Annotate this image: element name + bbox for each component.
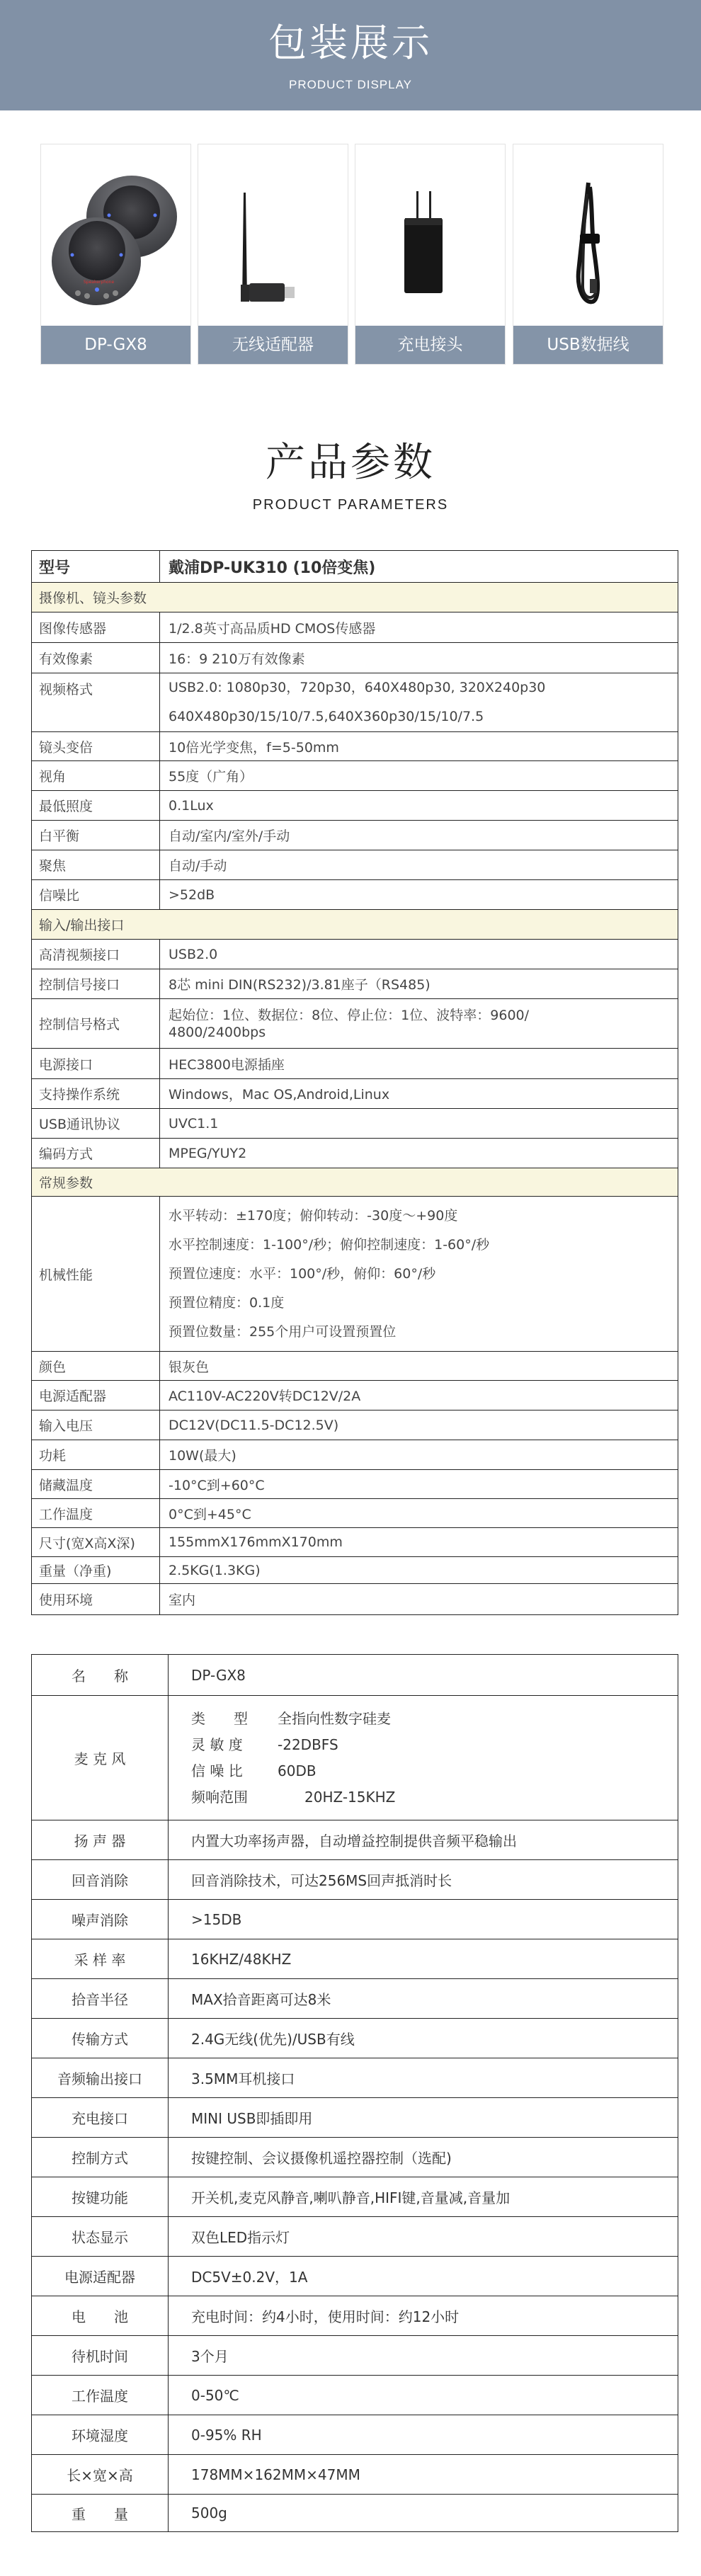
spec-value: UVC1.1 <box>160 1109 678 1139</box>
table-row: 储藏温度-10°C到+60°C <box>32 1470 678 1499</box>
package-item-label: DP-GX8 <box>41 326 190 364</box>
spec-value: 自动/手动 <box>160 850 678 880</box>
group-header: 常规参数 <box>32 1168 678 1197</box>
spec-key: 储藏温度 <box>32 1470 160 1499</box>
spec-value: 戴浦DP-UK310 (10倍变焦) <box>160 551 678 583</box>
spec-key: 支持操作系统 <box>32 1079 160 1109</box>
spec-key: 视角 <box>32 761 160 791</box>
spec-key: 控制信号接口 <box>32 969 160 999</box>
table-row: 拾音半径MAX拾音距离可达8米 <box>32 1979 678 2019</box>
table-row: 扬 声 器内置大功率扬声器，自动增益控制提供音频平稳输出 <box>32 1820 678 1860</box>
usb-cable-image <box>513 144 663 327</box>
spec-value: -10°C到+60°C <box>160 1470 678 1499</box>
spec-value: 16：9 210万有效像素 <box>160 643 678 673</box>
spec-key: 重 量 <box>32 2495 169 2532</box>
mic-spec-list: 类 型全指向性数字硅麦 灵 敏 度-22DBFS 信 噪 比60DB 频响范围2… <box>169 1696 678 1820</box>
spec-key: 信噪比 <box>32 880 160 910</box>
spec-value: 回音消除技术，可达256MS回声抵消时长 <box>169 1860 678 1900</box>
spec-value: 水平转动：±170度；俯仰转动：-30度～+90度 水平控制速度：1-100°/… <box>160 1197 678 1352</box>
table-row: 尺寸(宽X高X深)155mmX176mmX170mm <box>32 1528 678 1557</box>
spec-value: 0-95% RH <box>169 2415 678 2455</box>
table-row: 控制方式按键控制、会议摄像机遥控器控制（选配) <box>32 2138 678 2177</box>
spec-key: 尺寸(宽X高X深) <box>32 1528 160 1557</box>
table-row: 有效像素16：9 210万有效像素 <box>32 643 678 673</box>
mic-spec-line: 频响范围20HZ-15KHZ <box>191 1784 678 1811</box>
table-row: 视频格式USB2.0: 1080p30，720p30，640X480p30, 3… <box>32 673 678 732</box>
spec-key: 麦 克 风 <box>32 1696 169 1820</box>
spec-value: USB2.0 <box>160 940 678 969</box>
table-row: 电 池充电时间：约4小时，使用时间：约12小时 <box>32 2296 678 2336</box>
spec-value: 500g <box>169 2495 678 2532</box>
speakerphone-image: Speakerphone <box>41 144 190 327</box>
table-row: 镜头变倍10倍光学变焦，f=5-50mm <box>32 732 678 761</box>
spec-key: 高清视频接口 <box>32 940 160 969</box>
spec-key: 最低照度 <box>32 791 160 821</box>
spec-value: 按键控制、会议摄像机遥控器控制（选配) <box>169 2138 678 2177</box>
table-row: 使用环境室内 <box>32 1584 678 1615</box>
spec-value: 0-50℃ <box>169 2376 678 2415</box>
table-row: 高清视频接口USB2.0 <box>32 940 678 969</box>
spec-key: 工作温度 <box>32 1499 160 1528</box>
package-item-wireless-adapter: 无线适配器 <box>198 144 348 365</box>
table-row: 最低照度0.1Lux <box>32 791 678 821</box>
package-item-label: 无线适配器 <box>198 326 348 364</box>
mic-spec-line: 灵 敏 度-22DBFS <box>191 1732 678 1758</box>
spec-key: 重量（净重) <box>32 1557 160 1584</box>
table-row: 工作温度0°C到+45°C <box>32 1499 678 1528</box>
spec-key: 拾音半径 <box>32 1979 169 2019</box>
spec-value: MAX拾音距离可达8米 <box>169 1979 678 2019</box>
table-row: USB通讯协议UVC1.1 <box>32 1109 678 1139</box>
spec-value: MPEG/YUY2 <box>160 1139 678 1168</box>
mic-spec-line: 信 噪 比60DB <box>191 1758 678 1784</box>
table-row: 采 样 率16KHZ/48KHZ <box>32 1939 678 1979</box>
spec-key: 控制方式 <box>32 2138 169 2177</box>
spec-value: 3.5MM耳机接口 <box>169 2058 678 2098</box>
spec-key: 型号 <box>32 551 160 583</box>
mic-spec-line: 类 型全指向性数字硅麦 <box>191 1706 678 1732</box>
spec-key: 按键功能 <box>32 2177 169 2217</box>
spec-key: 长×宽×高 <box>32 2455 169 2495</box>
spec-value: >15DB <box>169 1900 678 1939</box>
table-row: 控制信号接口8芯 mini DIN(RS232)/3.81座子（RS485) <box>32 969 678 999</box>
spec-value: 178MM×162MM×47MM <box>169 2455 678 2495</box>
spec-key: 聚焦 <box>32 850 160 880</box>
params-title: 产品参数 <box>0 443 701 483</box>
group-name: 输入/输出接口 <box>32 910 678 940</box>
spec-value: 155mmX176mmX170mm <box>160 1528 678 1557</box>
spec-value: 1/2.8英寸高品质HD CMOS传感器 <box>160 612 678 643</box>
spec-key: 镜头变倍 <box>32 732 160 761</box>
table-row: 音频输出接口3.5MM耳机接口 <box>32 2058 678 2098</box>
package-item-label: USB数据线 <box>513 326 663 364</box>
spec-value: 10W(最大) <box>160 1440 678 1470</box>
spec-value: 2.5KG(1.3KG) <box>160 1557 678 1584</box>
spec-value: DC5V±0.2V，1A <box>169 2257 678 2296</box>
spec-value: 室内 <box>160 1584 678 1615</box>
spec-key: 噪声消除 <box>32 1900 169 1939</box>
wireless-adapter-image <box>198 144 348 327</box>
spec-value: 0°C到+45°C <box>160 1499 678 1528</box>
spec-key: 待机时间 <box>32 2336 169 2376</box>
table-row: 白平衡自动/室内/室外/手动 <box>32 821 678 850</box>
spec-value: 16KHZ/48KHZ <box>169 1939 678 1979</box>
spec-key: 白平衡 <box>32 821 160 850</box>
table-row: 重量（净重)2.5KG(1.3KG) <box>32 1557 678 1584</box>
spec-key: 功耗 <box>32 1440 160 1470</box>
spec-key: 使用环境 <box>32 1584 160 1615</box>
spec-key: 控制信号格式 <box>32 999 160 1049</box>
table-row: 图像传感器1/2.8英寸高品质HD CMOS传感器 <box>32 612 678 643</box>
table-row: 机械性能 水平转动：±170度；俯仰转动：-30度～+90度 水平控制速度：1-… <box>32 1197 678 1352</box>
table-row: 工作温度0-50℃ <box>32 2376 678 2415</box>
table-row-name: 名 称 DP-GX8 <box>32 1655 678 1696</box>
spec-value: DP-GX8 <box>169 1655 678 1696</box>
spec-value: 2.4G无线(优先)/USB有线 <box>169 2019 678 2058</box>
group-name: 常规参数 <box>32 1168 678 1197</box>
table-row: 控制信号格式起始位：1位、数据位：8位、停止位：1位、波特率：9600/4800… <box>32 999 678 1049</box>
table-row: 重 量500g <box>32 2495 678 2532</box>
spec-key: 音频输出接口 <box>32 2058 169 2098</box>
spec-value: 银灰色 <box>160 1352 678 1381</box>
spec-key: 有效像素 <box>32 643 160 673</box>
table-row-model: 型号 戴浦DP-UK310 (10倍变焦) <box>32 551 678 583</box>
params-subtitle: PRODUCT PARAMETERS <box>0 497 701 513</box>
spec-value: 开关机,麦克风静音,喇叭静音,HIFI键,音量减,音量加 <box>169 2177 678 2217</box>
svg-text:Speakerphone: Speakerphone <box>84 280 114 285</box>
camera-spec-table: 型号 戴浦DP-UK310 (10倍变焦) 摄像机、镜头参数 图像传感器1/2.… <box>31 550 678 1615</box>
package-item-speakerphone: Speakerphone DP-GX8 <box>40 144 191 365</box>
table-row: 噪声消除>15DB <box>32 1900 678 1939</box>
group-header: 摄像机、镜头参数 <box>32 583 678 612</box>
spec-key: 环境湿度 <box>32 2415 169 2455</box>
table-row: 环境湿度0-95% RH <box>32 2415 678 2455</box>
spec-value: Windows，Mac OS,Android,Linux <box>160 1079 678 1109</box>
speakerphone-spec-table: 名 称 DP-GX8 麦 克 风 类 型全指向性数字硅麦 灵 敏 度-22DBF… <box>31 1654 678 2532</box>
spec-value: USB2.0: 1080p30，720p30，640X480p30, 320X2… <box>160 673 678 732</box>
spec-value: 自动/室内/室外/手动 <box>160 821 678 850</box>
banner-title: 包装展示 <box>0 24 701 62</box>
table-row: 长×宽×高178MM×162MM×47MM <box>32 2455 678 2495</box>
spec-value: 10倍光学变焦，f=5-50mm <box>160 732 678 761</box>
spec-value: 充电时间：约4小时，使用时间：约12小时 <box>169 2296 678 2336</box>
group-name: 摄像机、镜头参数 <box>32 583 678 612</box>
spec-value: DC12V(DC11.5-DC12.5V) <box>160 1410 678 1440</box>
table-row: 传输方式2.4G无线(优先)/USB有线 <box>32 2019 678 2058</box>
product-parameters-heading: 产品参数 PRODUCT PARAMETERS <box>0 443 701 513</box>
spec-key: 视频格式 <box>32 673 160 732</box>
table-row: 聚焦自动/手动 <box>32 850 678 880</box>
spec-key: 输入电压 <box>32 1410 160 1440</box>
table-row: 电源接口HEC3800电源插座 <box>32 1049 678 1079</box>
spec-value: 0.1Lux <box>160 791 678 821</box>
table-row: 待机时间3个月 <box>32 2336 678 2376</box>
product-display-banner: 包装展示 PRODUCT DISPLAY <box>0 0 701 110</box>
table-row: 编码方式MPEG/YUY2 <box>32 1139 678 1168</box>
spec-key: 回音消除 <box>32 1860 169 1900</box>
table-row: 功耗10W(最大) <box>32 1440 678 1470</box>
table-row: 输入电压DC12V(DC11.5-DC12.5V) <box>32 1410 678 1440</box>
group-header: 输入/输出接口 <box>32 910 678 940</box>
spec-key: 充电接口 <box>32 2098 169 2138</box>
spec-value: AC110V-AC220V转DC12V/2A <box>160 1381 678 1410</box>
table-row: 按键功能开关机,麦克风静音,喇叭静音,HIFI键,音量减,音量加 <box>32 2177 678 2217</box>
spec-key: 工作温度 <box>32 2376 169 2415</box>
spec-key: 颜色 <box>32 1352 160 1381</box>
package-item-usb-cable: USB数据线 <box>513 144 663 365</box>
spec-value: 3个月 <box>169 2336 678 2376</box>
table-row: 电源适配器AC110V-AC220V转DC12V/2A <box>32 1381 678 1410</box>
spec-value: 内置大功率扬声器，自动增益控制提供音频平稳输出 <box>169 1820 678 1860</box>
spec-key: 采 样 率 <box>32 1939 169 1979</box>
spec-key: USB通讯协议 <box>32 1109 160 1139</box>
table-row: 信噪比>52dB <box>32 880 678 910</box>
table-row: 状态显示双色LED指示灯 <box>32 2217 678 2257</box>
spec-key: 电 池 <box>32 2296 169 2336</box>
spec-key: 电源适配器 <box>32 1381 160 1410</box>
spec-key: 图像传感器 <box>32 612 160 643</box>
spec-value: 8芯 mini DIN(RS232)/3.81座子（RS485) <box>160 969 678 999</box>
table-row-microphone: 麦 克 风 类 型全指向性数字硅麦 灵 敏 度-22DBFS 信 噪 比60DB… <box>32 1696 678 1820</box>
spec-key: 电源接口 <box>32 1049 160 1079</box>
charger-image <box>355 144 505 327</box>
table-row: 视角55度（广角） <box>32 761 678 791</box>
spec-value: 55度（广角） <box>160 761 678 791</box>
spec-value: MINI USB即插即用 <box>169 2098 678 2138</box>
spec-value: 起始位：1位、数据位：8位、停止位：1位、波特率：9600/4800/2400b… <box>160 999 678 1049</box>
table-row: 颜色银灰色 <box>32 1352 678 1381</box>
spec-key: 传输方式 <box>32 2019 169 2058</box>
table-row: 充电接口MINI USB即插即用 <box>32 2098 678 2138</box>
spec-key: 电源适配器 <box>32 2257 169 2296</box>
package-item-charger: 充电接头 <box>355 144 506 365</box>
spec-value: HEC3800电源插座 <box>160 1049 678 1079</box>
package-items: Speakerphone DP-GX8 无线适配器 充电接头 <box>40 144 663 365</box>
spec-key: 状态显示 <box>32 2217 169 2257</box>
banner-subtitle: PRODUCT DISPLAY <box>0 78 701 92</box>
table-row: 回音消除回音消除技术，可达256MS回声抵消时长 <box>32 1860 678 1900</box>
spec-key: 机械性能 <box>32 1197 160 1352</box>
spec-key: 名 称 <box>32 1655 169 1696</box>
spec-key: 扬 声 器 <box>32 1820 169 1860</box>
spec-key: 编码方式 <box>32 1139 160 1168</box>
spec-value: 双色LED指示灯 <box>169 2217 678 2257</box>
spec-value: >52dB <box>160 880 678 910</box>
table-row: 电源适配器DC5V±0.2V，1A <box>32 2257 678 2296</box>
table-row: 支持操作系统Windows，Mac OS,Android,Linux <box>32 1079 678 1109</box>
package-item-label: 充电接头 <box>355 326 505 364</box>
